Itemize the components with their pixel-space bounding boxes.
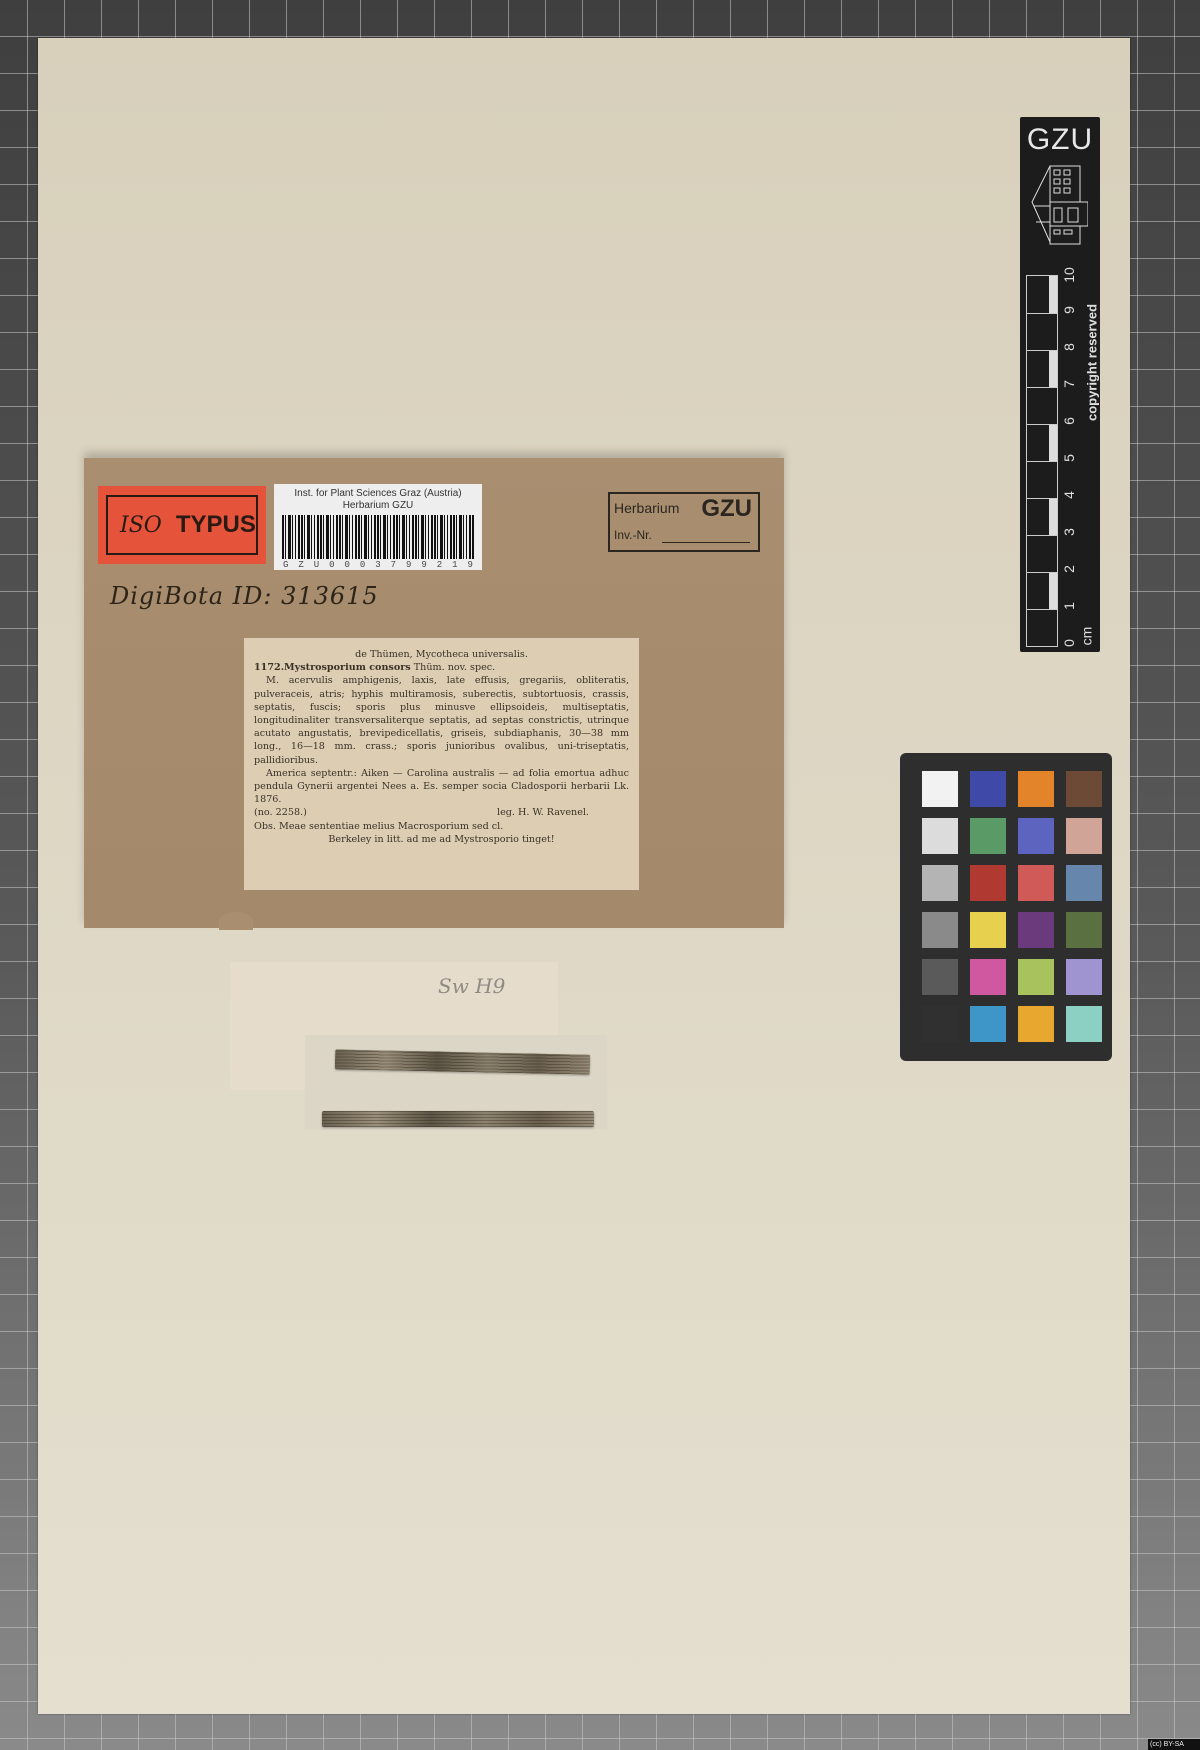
label-taxon: Mystrosporium consors	[284, 662, 411, 673]
scale-bar-brand: GZU	[1020, 123, 1100, 157]
label-header: de Thümen, Mycotheca universalis.	[254, 648, 629, 661]
color-patch	[1066, 865, 1102, 901]
code-char: 2	[437, 560, 442, 570]
herbarium-name: Herbarium GZU	[274, 500, 482, 512]
specimen-envelope: ISO TYPUS Inst. for Plant Sciences Graz …	[84, 458, 784, 928]
digibota-id: DigiBota ID: 313615	[110, 582, 379, 610]
code-char: 9	[468, 560, 473, 570]
building-icon	[1030, 162, 1088, 247]
color-patch	[922, 818, 958, 854]
label-obs1: Obs. Meae sententiae melius Macrosporium…	[254, 820, 629, 833]
code-char: 0	[360, 560, 365, 570]
color-patch	[1018, 1006, 1054, 1042]
color-patch	[922, 865, 958, 901]
printed-species-label: de Thümen, Mycotheca universalis. 1172.M…	[244, 638, 639, 890]
color-patch	[922, 771, 958, 807]
tick-7: 7	[1061, 375, 1077, 393]
color-patch	[1066, 959, 1102, 995]
tick-9: 9	[1061, 301, 1077, 319]
code-char: 9	[421, 560, 426, 570]
color-patch	[922, 1006, 958, 1042]
color-patch	[970, 959, 1006, 995]
copyright-text-wrap: copyright reserved	[1082, 275, 1098, 455]
color-checker	[900, 753, 1112, 1061]
stamp-herbarium: Herbarium	[614, 500, 679, 516]
color-patch	[1018, 818, 1054, 854]
code-char: Z	[298, 560, 303, 570]
color-patch	[1018, 865, 1054, 901]
label-description: M. acervulis amphigenis, laxis, late eff…	[254, 674, 629, 766]
color-patch	[970, 865, 1006, 901]
tick-1: 1	[1061, 597, 1077, 615]
code-char: U	[314, 560, 319, 570]
color-patch	[970, 771, 1006, 807]
institution-name: Inst. for Plant Sciences Graz (Austria)	[274, 488, 482, 500]
scale-ruler	[1026, 275, 1058, 647]
stamp-code: GZU	[701, 495, 752, 523]
label-obs2: Berkeley in litt. ad me ad Mystrosporio …	[254, 833, 629, 846]
stamp-inv: Inv.-Nr.	[614, 528, 652, 542]
color-patch	[970, 912, 1006, 948]
tick-10: 10	[1061, 266, 1077, 284]
tick-3: 3	[1061, 523, 1077, 541]
barcode-label: Inst. for Plant Sciences Graz (Austria) …	[274, 484, 482, 570]
code-char: G	[283, 560, 288, 570]
isotypus-label: ISO TYPUS	[98, 486, 266, 564]
envelope-notch	[219, 912, 253, 930]
typus-text: TYPUS	[176, 511, 256, 539]
copyright-text: copyright reserved	[1085, 273, 1100, 453]
pencil-note: Sw H9	[438, 974, 505, 998]
color-patch	[970, 1006, 1006, 1042]
code-char: 0	[345, 560, 350, 570]
tick-6: 6	[1061, 412, 1077, 430]
color-patch	[1066, 1006, 1102, 1042]
color-patch	[970, 818, 1006, 854]
label-number-note: (no. 2258.)	[254, 807, 307, 818]
color-patch	[1018, 771, 1054, 807]
license-badge: (cc) BY-SA	[1148, 1739, 1200, 1750]
barcode	[282, 515, 474, 559]
tick-8: 8	[1061, 338, 1077, 356]
scale-tick-labels: 0 1 2 3 4 5 6 7 8 9 10	[1060, 275, 1076, 645]
label-collector: leg. H. W. Ravenel.	[497, 806, 629, 819]
code-char: 0	[329, 560, 334, 570]
scale-bar: GZU 0 1 2 3 4 5 6 7	[1020, 117, 1100, 652]
tick-4: 4	[1061, 486, 1077, 504]
color-patch	[1066, 771, 1102, 807]
code-char: 7	[391, 560, 396, 570]
leaf-specimen	[322, 1111, 594, 1127]
color-patch	[1066, 818, 1102, 854]
tick-0: 0	[1061, 634, 1077, 652]
tick-2: 2	[1061, 560, 1077, 578]
tick-5: 5	[1061, 449, 1077, 467]
code-char: 9	[406, 560, 411, 570]
code-char: 1	[452, 560, 457, 570]
label-title: 1172.Mystrosporium consors Thüm. nov. sp…	[254, 661, 629, 674]
herbarium-stamp: Herbarium GZU Inv.-Nr.	[608, 492, 760, 552]
color-patch	[922, 959, 958, 995]
iso-prefix: ISO	[120, 513, 162, 538]
unit-label: cm	[1078, 627, 1094, 646]
label-author: Thüm. nov. spec.	[411, 662, 496, 673]
barcode-number: G Z U 0 0 0 3 7 9 9 2 1 9	[283, 560, 473, 570]
color-patch	[922, 912, 958, 948]
color-patch	[1018, 959, 1054, 995]
code-char: 3	[375, 560, 380, 570]
color-patch	[1066, 912, 1102, 948]
label-collector-row: (no. 2258.) leg. H. W. Ravenel.	[254, 806, 629, 819]
label-number: 1172.	[254, 662, 284, 673]
label-locality: America septentr.: Aiken — Carolina aust…	[254, 767, 629, 807]
inv-underline	[662, 542, 750, 543]
color-patch	[1018, 912, 1054, 948]
